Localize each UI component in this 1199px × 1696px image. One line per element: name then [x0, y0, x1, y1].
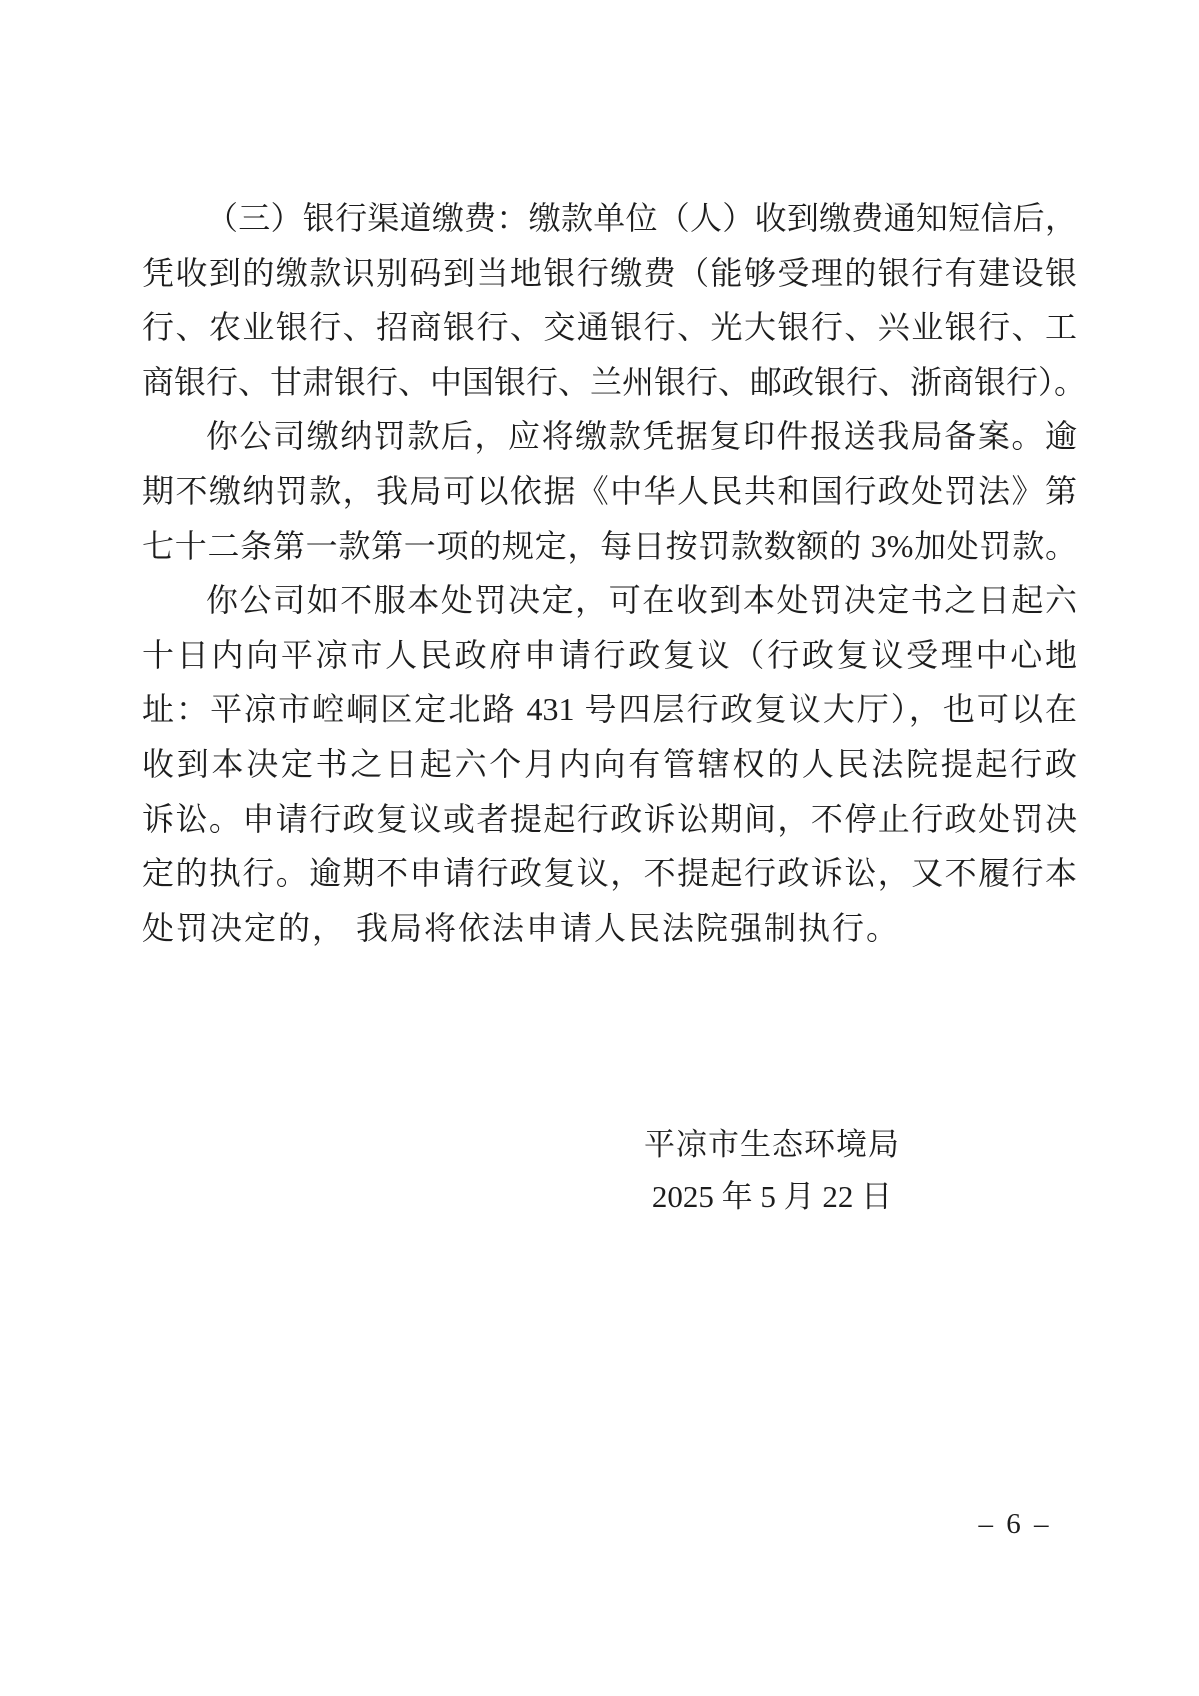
body-line: 十日内向平凉市人民政府申请行政复议（行政复议受理中心地 [142, 628, 1077, 683]
body-line: 处罚决定的， 我局将依法申请人民法院强制执行。 [142, 901, 1077, 956]
body-line: 址：平凉市崆峒区定北路 431 号四层行政复议大厅），也可以在 [142, 682, 1077, 737]
body-line: 收到本决定书之日起六个月内向有管辖权的人民法院提起行政 [142, 737, 1077, 792]
body-line: 诉讼。申请行政复议或者提起行政诉讼期间，不停止行政处罚决 [142, 792, 1077, 847]
body-line: 七十二条第一款第一项的规定，每日按罚款数额的 3%加处罚款。 [142, 519, 1077, 574]
issue-date: 2025 年 5 月 22 日 [560, 1177, 984, 1217]
body-line: 商银行、甘肃银行、中国银行、兰州银行、邮政银行、浙商银行）。 [142, 355, 1077, 410]
issuing-authority: 平凉市生态环境局 [560, 1125, 984, 1165]
body-line: （三）银行渠道缴费：缴款单位（人）收到缴费通知短信后， [142, 191, 1077, 246]
document-page: （三）银行渠道缴费：缴款单位（人）收到缴费通知短信后， 凭收到的缴款识别码到当地… [0, 0, 1199, 1696]
body-line: 凭收到的缴款识别码到当地银行缴费（能够受理的银行有建设银 [142, 246, 1077, 301]
document-body: （三）银行渠道缴费：缴款单位（人）收到缴费通知短信后， 凭收到的缴款识别码到当地… [142, 191, 1077, 955]
body-line: 行、农业银行、招商银行、交通银行、光大银行、兴业银行、工 [142, 300, 1077, 355]
page-number: – 6 – [955, 1505, 1075, 1543]
body-line: 你公司如不服本处罚决定，可在收到本处罚决定书之日起六 [142, 573, 1077, 628]
body-line: 你公司缴纳罚款后，应将缴款凭据复印件报送我局备案。逾 [142, 409, 1077, 464]
body-line: 定的执行。逾期不申请行政复议，不提起行政诉讼，又不履行本 [142, 846, 1077, 901]
body-line: 期不缴纳罚款，我局可以依据《中华人民共和国行政处罚法》第 [142, 464, 1077, 519]
